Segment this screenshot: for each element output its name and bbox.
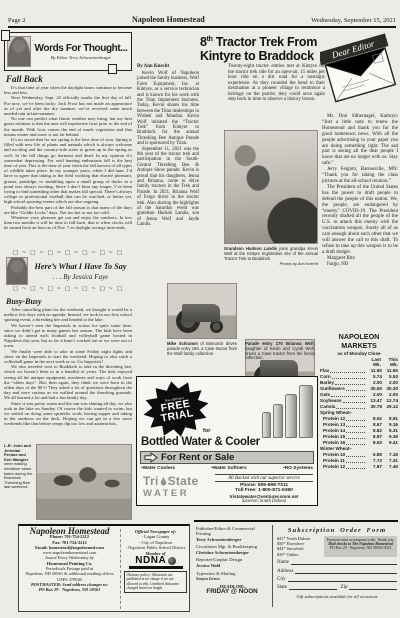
case-tractor-photo-1 [167, 283, 237, 339]
subscription-title: Subscription Order Form [277, 527, 397, 534]
article-paragraph: We also traveled west to Braddock to tak… [4, 364, 132, 400]
letter-signature-city: Fargo, ND [322, 262, 398, 268]
water-coolers-image [251, 380, 313, 438]
photo-caption: Mike Schramm of Bismarck drives parade e… [167, 342, 237, 356]
staff-entry: Publisher/Editor & Commercial Printing T… [196, 526, 268, 542]
masthead-contact: Napoleon Homestead Phone: 701-754-2212 F… [21, 529, 121, 609]
photo-caption: L-R: John and Jerimiah Perdue and Ken Wa… [4, 444, 34, 520]
staff-name: Jessica Wald [196, 563, 268, 568]
obituary-policy: Obituary policy: Obituaries are publishe… [124, 571, 187, 593]
column-byline: By Editor Terry Schwartzenberger [33, 55, 129, 60]
payment-note: Payment must accompany order. Thank you. [327, 538, 395, 542]
column-byline: . . . By Jessica Faye [31, 273, 130, 281]
payment-address: PO Box 29 - Napoleon, ND 58561-0029 [330, 546, 391, 550]
article-paragraph: Probably the best part of the fall seaso… [4, 205, 132, 215]
globe-icon [168, 557, 176, 565]
article-byline: By Ann Knecht [137, 64, 199, 69]
letter-paragraph: Mr. Don Silbernagel, Kathryn: “Just a li… [322, 114, 398, 167]
water-drop-icon [160, 476, 167, 486]
hudson-landis-photo [224, 130, 318, 244]
napoleon-markets-table: NAPOLEON MARKETS as of Monday Close Last… [320, 332, 398, 470]
ad-tagline: All Backed with our superior service [215, 474, 313, 482]
tractor-trek-headline: 8th Tractor Trek From Kintyre to Braddoc… [200, 33, 320, 63]
ad-contact-info: Phone: 605-698-7311 Toll Free: 1-800-871… [215, 483, 313, 500]
tractor-article-column-2: Twenty-eight tractor entries met at Kint… [228, 64, 325, 103]
column-title: Here’s What I Have To Say [31, 262, 130, 271]
city-blank-line [288, 578, 397, 582]
rent-or-sale-banner: For Rent or Sale [140, 451, 314, 464]
article-paragraph: Next Wednesday, Sept. 22 officially mark… [4, 95, 132, 116]
photo-caption: Parade entry 170 Brianna Wolf, daughter … [245, 342, 315, 361]
straw-bales-photo-block: L-R: John and Jerimiah Perdue and Ken Wa… [4, 444, 132, 520]
tractor-article-column-1: By Ann Knecht Kevin Wolf of Napoleon joi… [137, 64, 199, 228]
state-zip-field: State Zip [277, 585, 397, 590]
address-field: Address [277, 569, 397, 574]
masthead-postage-2: Napoleon, ND 58561 & additional mailing … [21, 571, 118, 576]
staff-list: Publisher/Editor & Commercial Printing T… [196, 526, 268, 594]
city-field: City [277, 577, 397, 582]
fall-back-title: Fall Back [6, 74, 43, 84]
market-row: Protein 127.877.46 [320, 464, 398, 470]
photo-caption: Grandson Hudson Landis joins grandpa Kev… [224, 247, 318, 267]
decorative-border-bottom: □ ~ □ ~ □ ~ □ ~ □ ~ □ ~ □ [4, 286, 132, 292]
subscription-rates: $41* North Dakota $50* Elsewhere $44* Sn… [277, 536, 321, 557]
name-blank-line [291, 561, 397, 565]
newspaper-page: Page 2 Napoleon Homestead Wednesday, Sep… [0, 0, 400, 112]
tristate-water-ad: Now offering a FREE TRIAL for Bottled Wa… [136, 376, 318, 506]
water-bottle-icon [273, 404, 283, 438]
heres-what-box: □ ~ □ ~ □ ~ □ ~ □ ~ □ ~ □ Here’s What I … [4, 250, 132, 292]
staff-entry: Circulation Mgr. & Bookkeeping Christine… [196, 544, 268, 555]
column-title: Words For Thought... [33, 43, 129, 54]
ad-product-title: Bottled Water & Cooler [141, 436, 313, 448]
markets-column-headers: Last Wk. This Wk. [320, 357, 398, 367]
issue-date: Wednesday, September 15, 2021 [311, 17, 396, 24]
article-paragraph: We finally were able to take in some Fri… [4, 349, 132, 365]
state-blank-line [289, 586, 337, 590]
subscription-order-form: Subscription Order Form $41* North Dakot… [272, 525, 398, 607]
busy-busy-article: After cancelling plans for the weekend, … [4, 307, 132, 427]
water-bottle-icon [285, 394, 297, 438]
page-number: Page 2 [8, 17, 26, 24]
banner-label: For Rent or Sale [161, 452, 234, 463]
busy-busy-title: Busy-Busy [6, 297, 42, 306]
article-paragraph: Kevin Wolf of Napoleon joined the family… [137, 71, 199, 147]
rate-item: $39* Online [277, 552, 321, 557]
article-paragraph: Since it was pretty warm and the sun was… [4, 401, 132, 427]
article-paragraph: It’s no secret that for me spring is the… [4, 137, 132, 205]
staff-role: Publisher/Editor & Commercial Printing [196, 526, 268, 537]
gift-subscription-note: Gift subscriptions available for all occ… [277, 594, 397, 599]
ndna-logo: NDNA [129, 557, 183, 569]
bottom-section-rule [194, 520, 398, 522]
straw-bales-photo [36, 444, 132, 520]
ad-bullet-list: •Water Coolers •Water Softners •RO Syste… [141, 466, 313, 471]
article-paragraph: After cancelling plans for the weekend, … [4, 307, 132, 323]
zip-blank-line [349, 586, 397, 590]
for-label: for [203, 428, 210, 434]
ad-location: Sisseton, South Dakota [215, 499, 313, 504]
page-header: Page 2 Napoleon Homestead Wednesday, Sep… [8, 15, 396, 24]
staff-entry: Reporter/Graphic Design Jessica Wald [196, 557, 268, 568]
dear-editor-envelope: Dear Editor [320, 30, 398, 110]
water-bottle-icon [262, 412, 271, 438]
masthead-postmaster-2: PO Box 29 - Napoleon, ND 58561 [21, 587, 118, 592]
article-paragraph: Twenty-eight tractor entries met at Kint… [228, 64, 325, 103]
markets-subtitle: as of Monday Close [320, 351, 398, 356]
article-paragraph: Whatever your pleasure get out and enjoy… [4, 215, 132, 231]
jessica-headshot-photo [6, 257, 28, 285]
header-rule [8, 26, 396, 28]
article-paragraph: It’s that time of year when the daylight… [4, 85, 132, 95]
words-for-thought-box: Words For Thought... By Editor Terry Sch… [4, 32, 132, 71]
letter-paragraph: Jerry Feigum, Barnesville, MN: “Thank yo… [322, 167, 398, 185]
tristate-logo: Tri State WATER [143, 474, 213, 499]
letters-to-editor: Mr. Don Silbernagel, Kathryn: “Just a li… [322, 114, 398, 268]
markets-title: NAPOLEON MARKETS [320, 332, 398, 350]
article-paragraph: We haven’t seen the Imperials in action … [4, 323, 132, 349]
staff-name: Terry Schwartzenberger [196, 537, 268, 542]
staff-entry: Typesetter & Mailing Sonya Gross [196, 571, 268, 582]
article-paragraph: No one can predict what future weather m… [4, 116, 132, 137]
letter-paragraph: The President of the United States has t… [322, 185, 398, 256]
fall-back-article: It’s that time of year when the daylight… [4, 85, 132, 231]
words-for-thought-header: Words For Thought... By Editor Terry Sch… [33, 43, 129, 60]
article-paragraph: September 11, 2021 was the 8th year of t… [137, 147, 199, 228]
staff-name: Christine Schwartzenberger [196, 550, 268, 555]
bullet-item: •RO Systems [283, 466, 313, 471]
decorative-border-top: □ ~ □ ~ □ ~ □ ~ □ ~ □ ~ □ [4, 250, 132, 256]
masthead-box: Napoleon Homestead Phone: 701-754-2212 F… [18, 524, 190, 612]
masthead-title: Napoleon Homestead [21, 529, 118, 534]
payment-note-box: Payment must accompany order. Thank you.… [324, 536, 397, 557]
deadline-day: FRIDAY @ NOON [196, 589, 268, 594]
masthead-official: Official Newspaper of: - Logan County - … [124, 529, 187, 609]
name-field: Name [277, 560, 397, 565]
address-blank-line [295, 570, 397, 574]
photo-credit: Photos by Ann Knecht [224, 262, 318, 267]
water-bottle-icon [299, 385, 313, 438]
staff-name: Sonya Gross [196, 576, 268, 581]
arrow-icon [144, 452, 158, 463]
editor-headshot-photo [7, 36, 31, 67]
bullet-item: •Water Softners [211, 466, 247, 471]
tractor-body-icon [182, 304, 220, 322]
bullet-item: •Water Coolers [141, 466, 175, 471]
official-item: - Napoleon Public School District [124, 545, 187, 551]
newspaper-title: Napoleon Homestead [132, 15, 205, 24]
